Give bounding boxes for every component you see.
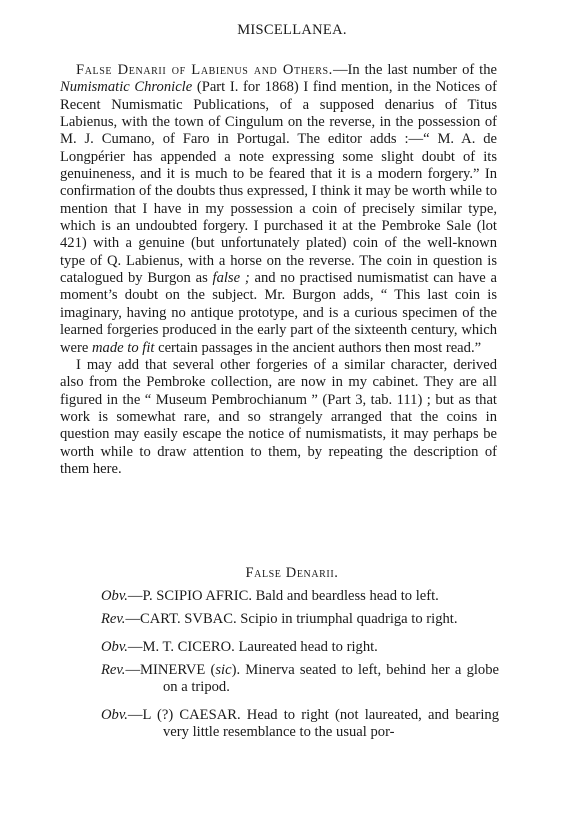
emphasis: made to fit	[92, 340, 154, 356]
entry-legend: —MINERVE (	[125, 662, 215, 678]
entry-description: Scipio in triumphal quadriga to right.	[237, 611, 458, 627]
coin-entry-list: Obv.—P. SCIPIO AFRIC. Bald and beardless…	[101, 588, 499, 741]
entry-legend: —M. T. CICERO.	[128, 639, 235, 655]
entry-legend: —L (?) CAESAR.	[128, 707, 241, 723]
entry-description: Laureated head to right.	[235, 639, 378, 655]
entry-side: Rev.	[101, 611, 125, 627]
coin-entry: Obv.—P. SCIPIO AFRIC. Bald and beardless…	[101, 588, 499, 605]
coin-entry: Obv.—M. T. CICERO. Laureated head to rig…	[101, 639, 499, 656]
document-page: MISCELLANEA. False Denarii of Labienus a…	[0, 0, 584, 819]
paragraph-2: I may add that several other forgeries o…	[60, 357, 497, 478]
article-title: False Denarii of Labienus and Others.	[76, 62, 333, 78]
emphasis: false ;	[213, 270, 250, 286]
entry-legend: —CART. SVBAC.	[125, 611, 236, 627]
text-segment: —In the last number of the	[333, 62, 497, 78]
entry-side: Obv.	[101, 707, 128, 723]
entry-legend: —P. SCIPIO AFRIC.	[128, 588, 252, 604]
entry-side: Rev.	[101, 662, 125, 678]
paragraph-1: False Denarii of Labienus and Others.—In…	[60, 62, 497, 357]
section-heading: False Denarii.	[0, 565, 584, 582]
entry-description: Bald and beardless head to left.	[252, 588, 439, 604]
text-segment: certain passages in the ancient authors …	[154, 340, 481, 356]
article-body: False Denarii of Labienus and Others.—In…	[60, 62, 497, 478]
text-segment: (Part I. for 1868) I find mention, in th…	[60, 79, 497, 286]
entry-legend: ).	[232, 662, 241, 678]
journal-title: Numismatic Chronicle	[60, 79, 192, 95]
entry-legend-note: sic	[215, 662, 231, 678]
running-head: MISCELLANEA.	[0, 22, 584, 39]
coin-entry: Rev.—CART. SVBAC. Scipio in triumphal qu…	[101, 611, 499, 628]
coin-entry: Obv.—L (?) CAESAR. Head to right (not la…	[101, 707, 499, 742]
entry-side: Obv.	[101, 639, 128, 655]
coin-entry: Rev.—MINERVE (sic). Minerva seated to le…	[101, 662, 499, 697]
entry-side: Obv.	[101, 588, 128, 604]
